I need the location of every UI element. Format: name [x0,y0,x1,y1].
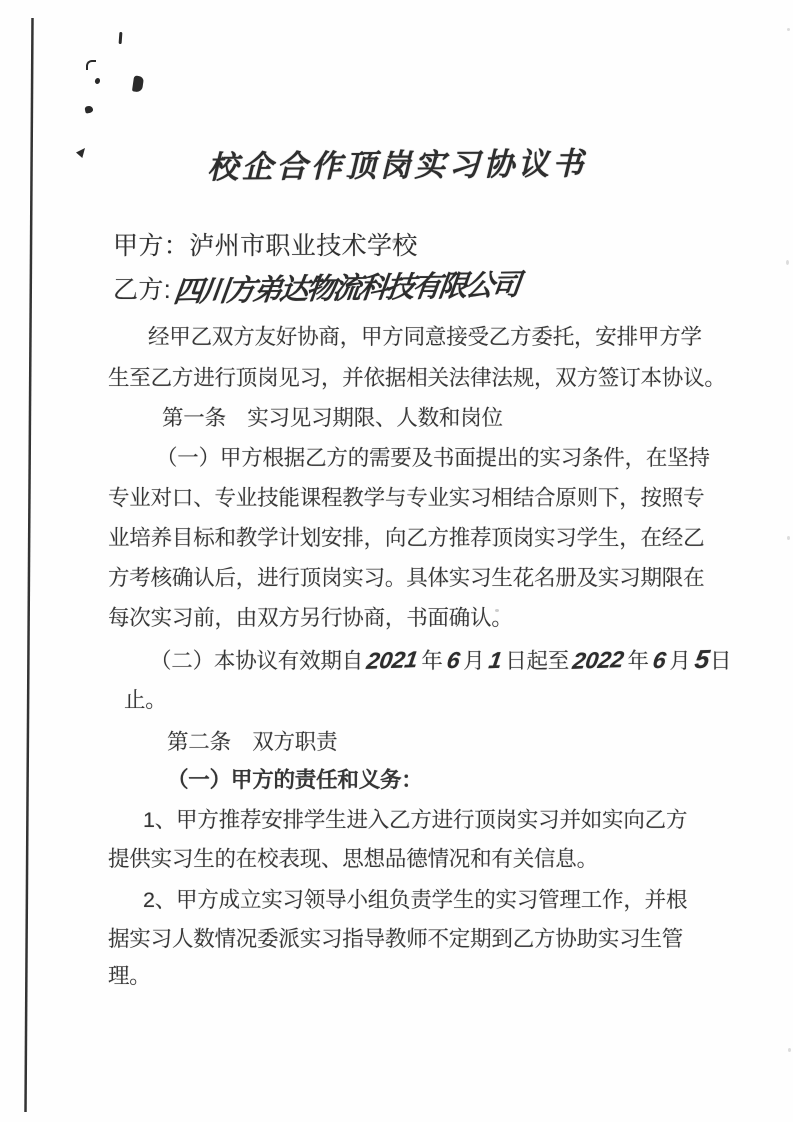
party-a-line: 甲方：泸州市职业技术学校 [113,226,418,262]
article-1-item-1-line: 业培养目标和教学计划安排，向乙方推荐顶岗实习学生，在经乙 [108,521,704,552]
validity-prefix: （二）本协议有效期自 [150,649,363,673]
intro-paragraph-line: 经甲乙双方友好协商，甲方同意接受乙方委托，安排甲方学 [148,320,702,351]
validity-continuation-line: 止。 [124,683,167,714]
year-unit: 年 [627,649,648,673]
month-unit: 月 [669,649,690,673]
scan-dot [788,1048,791,1052]
year-unit: 年 [421,649,442,673]
validity-period-line: （二）本协议有效期自2021年6月1日起至2022年6月5日 [150,644,731,675]
scan-dot [787,536,790,540]
start-month-handwritten: 6 [445,647,461,674]
scanned-agreement-page: 校企合作顶岗实习协议书 甲方：泸州市职业技术学校 乙方:四川方弟达物流科技有限公… [0,0,793,1122]
scan-dot [786,260,789,265]
party-a-label: 甲方： [113,232,189,260]
end-year-handwritten: 2022 [571,646,625,675]
validity-middle: 日起至 [505,649,569,673]
article-1-heading: 第一条 实习见习期限、人数和岗位 [162,401,503,432]
article-1-item-1-line: 每次实习前，由双方另行协商，书面确认。 [108,601,513,632]
month-unit: 月 [463,649,484,673]
article-2-item-1-line: 1、甲方推荐安排学生进入乙方进行顶岗实习并如实向乙方 [143,803,687,834]
start-year-handwritten: 2021 [365,646,419,675]
scan-dot [787,28,790,31]
article-2-subsection-heading: （一）甲方的责任和义务： [167,763,423,794]
article-1-item-1-line: 专业对口、专业技能课程教学与专业实习相结合原则下，按照专 [108,481,704,512]
day-unit: 日 [710,649,731,673]
end-day-handwritten: 5 [692,644,711,675]
ink-speck [86,60,96,70]
party-b-label: 乙方: [113,276,171,304]
article-2-item-2-line: 据实习人数情况委派实习指导教师不定期到乙方协助实习生管 [108,922,683,953]
party-a-name: 泸州市职业技术学校 [189,232,418,260]
party-b-name-handwritten: 四川方弟达物流科技有限公司 [172,262,521,310]
article-2-item-1-line: 提供实习生的在校表现、思想品德情况和有关信息。 [108,842,598,873]
end-month-handwritten: 6 [651,647,667,674]
party-b-line: 乙方:四川方弟达物流科技有限公司 [113,266,519,307]
article-2-item-2-line: 理。 [108,959,151,990]
start-day-handwritten: 1 [487,647,503,674]
intro-paragraph-line: 生至乙方进行顶岗见习，并依据相关法律法规，双方签订本协议。 [108,361,726,392]
document-title: 校企合作顶岗实习协议书 [207,138,587,187]
article-1-item-1-line: （一）甲方根据乙方的需要及书面提出的实习条件，在坚持 [156,441,710,472]
article-2-item-2-line: 2、甲方成立实习领导小组负责学生的实习管理工作，并根 [143,883,687,914]
article-1-item-1-line: 方考核确认后，进行顶岗实习。具体实习生花名册及实习期限在 [108,561,704,592]
article-2-heading: 第二条 双方职责 [167,725,337,756]
